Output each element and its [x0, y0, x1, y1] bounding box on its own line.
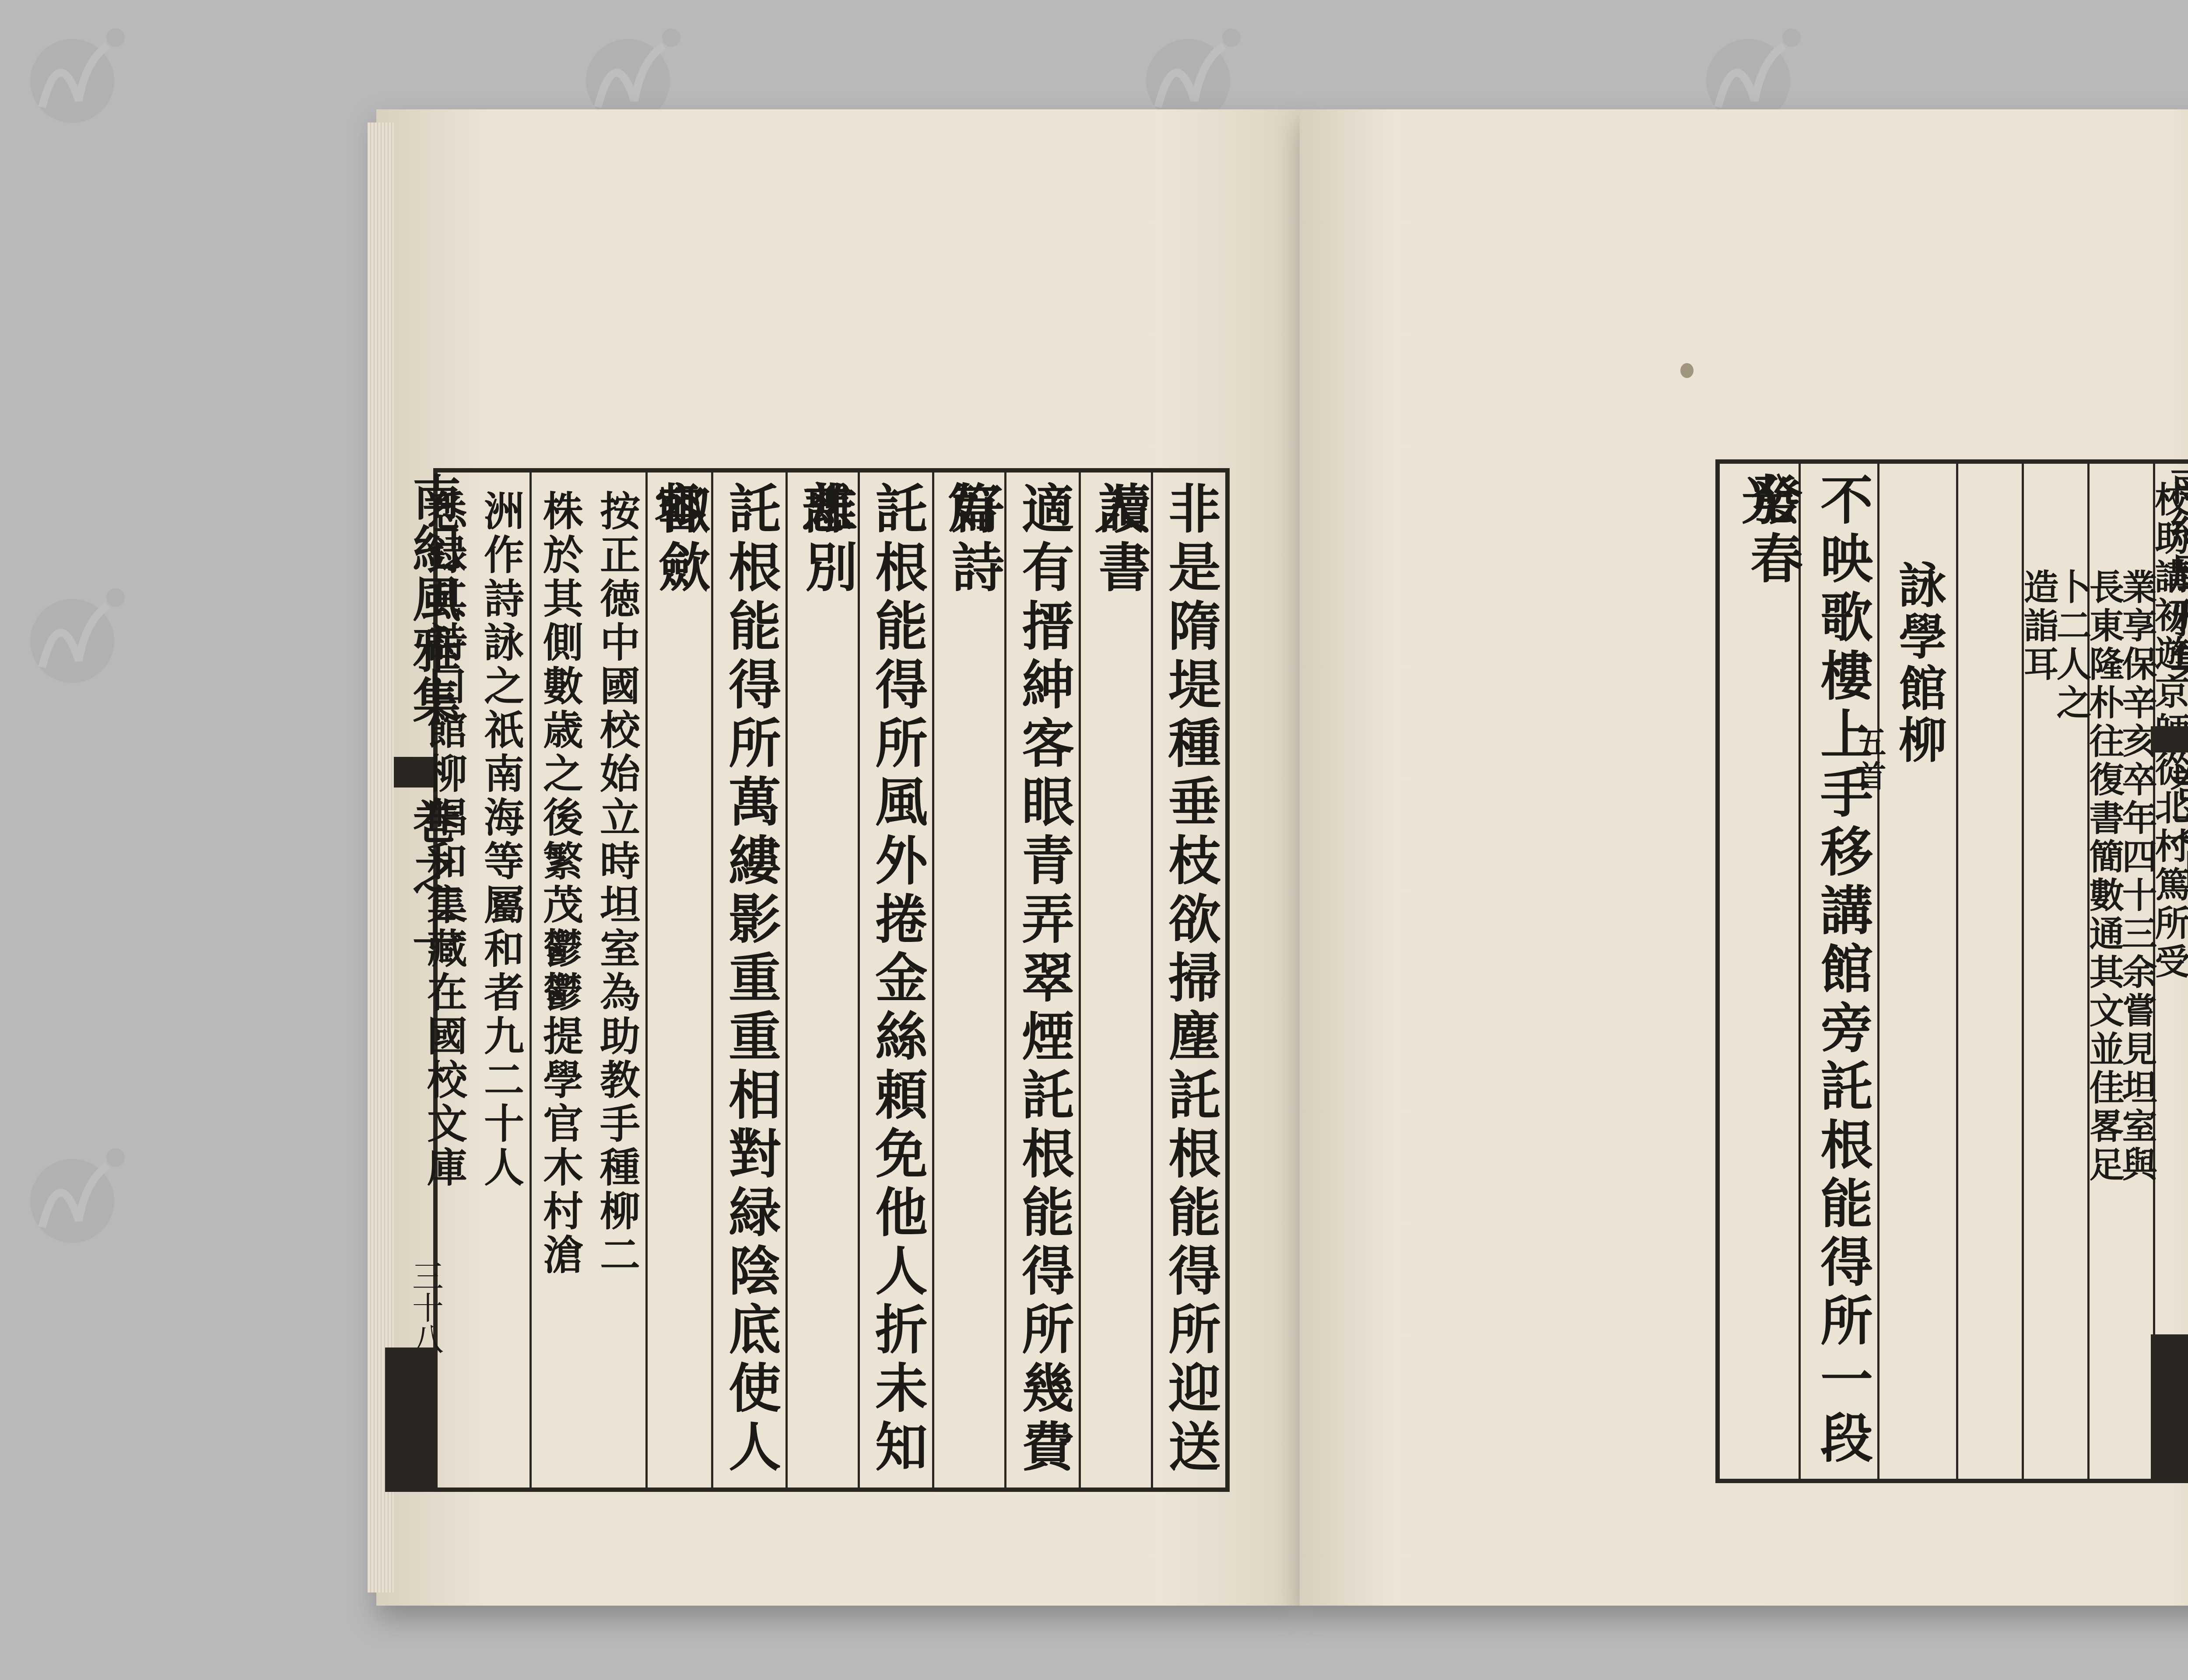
book-title: 南紀風雅集 [2157, 464, 2188, 685]
nishogakusha-logo-icon [13, 569, 144, 700]
note-column: 業享保辛亥卒年四十三余嘗見坦室與 長東隆朴往復書簡數通其文並佳畧足 [2087, 464, 2153, 1479]
fish-tail-mark [2151, 726, 2188, 752]
note-line: 按正徳中國校始立時坦室為助教手種柳二 [589, 481, 645, 1487]
page-number: 三十八 [403, 1260, 448, 1354]
book-title: 南紀風雅集 [398, 472, 467, 726]
text-column: 悲 [785, 472, 858, 1487]
text-columns: 有中西朴菴號養拙齋業醫其詩次陸朴春初 韻曰早興春来詩與酒詩消永日酒消愁勸君 向後… [1720, 464, 2188, 1479]
note-line: 業享保辛亥卒年四十三余嘗見坦室與 [2120, 472, 2153, 1479]
text-column: 容 [645, 472, 711, 1487]
text-column: 不映歌樓上手移講館旁託根能得所一段發春 [1799, 464, 1877, 1479]
note-column: 卜二人之 造詣耳 [2022, 464, 2087, 1479]
volume-label: 巻之上 [2157, 761, 2188, 894]
text-columns: 非是隋堤種垂枝欲掃塵託根能得所迎送讀書 人 適有搢紳客眼青弄翠煙託根能得所幾費好… [438, 472, 1225, 1487]
poem-title: 詠學館柳 [1882, 472, 1956, 1479]
title-column: 詠學館柳 五首 [1877, 464, 1956, 1479]
volume-label: 巻之上 [398, 796, 467, 948]
text-column: 適有搢紳客眼青弄翠煙託根能得所幾費好詩 [1004, 472, 1079, 1487]
note-line: 卜二人之 [2055, 472, 2087, 1479]
text-frame: 非是隋堤種垂枝欲掃塵託根能得所迎送讀書 人 適有搢紳客眼青弄翠煙託根能得所幾費好… [433, 468, 1230, 1492]
nishogakusha-logo-icon [13, 1129, 144, 1260]
right-page: 有中西朴菴號養拙齋業醫其詩次陸朴春初 韻曰早興春来詩與酒詩消永日酒消愁勸君 向後… [1300, 109, 2188, 1606]
bottom-fish-tail-mark [385, 1347, 433, 1492]
note-line: 株於其側數歳之後繁茂鬱鬱提學官木村滄 [532, 481, 589, 1487]
text-frame: 有中西朴菴號養拙齋業醫其詩次陸朴春初 韻曰早興春来詩與酒詩消永日酒消愁勸君 向後… [1715, 459, 2188, 1483]
fish-tail-mark [394, 757, 433, 787]
ink-stain [1680, 363, 1694, 378]
text-column: 託根能得所萬縷影重重相對緑陰底使人輙歛 [711, 472, 785, 1487]
note-line: 長東隆朴往復書簡數通其文並佳畧足 [2087, 472, 2120, 1479]
left-page: 非是隋堤種垂枝欲掃塵託根能得所迎送讀書 人 適有搢紳客眼青弄翠煙託根能得所幾費好… [376, 109, 1300, 1606]
nishogakusha-logo-icon [13, 9, 144, 140]
text-column: 光 [1733, 464, 1799, 1479]
text-column: 託根能得所風外捲金絲頼免他人折未知離別 [858, 472, 932, 1487]
blank-column [1956, 464, 2022, 1479]
note-line: 洲作詩詠之祇南海等屬和者九二十人 [473, 481, 529, 1487]
text-column: 非是隋堤種垂枝欲掃塵託根能得所迎送讀書 [1151, 472, 1225, 1487]
bottom-fish-tail-mark [2151, 1334, 2188, 1483]
note-column: 按正徳中國校始立時坦室為助教手種柳二 株於其側數歳之後繁茂鬱鬱提學官木村滄 [529, 472, 645, 1487]
text-column: 人 [1079, 472, 1151, 1487]
text-column: 篇 [932, 472, 1004, 1487]
note-line: 造詣耳 [2022, 472, 2055, 1479]
open-book: 非是隋堤種垂枝欲掃塵託根能得所迎送讀書 人 適有搢紳客眼青弄翠煙託根能得所幾費好… [376, 109, 2188, 1606]
